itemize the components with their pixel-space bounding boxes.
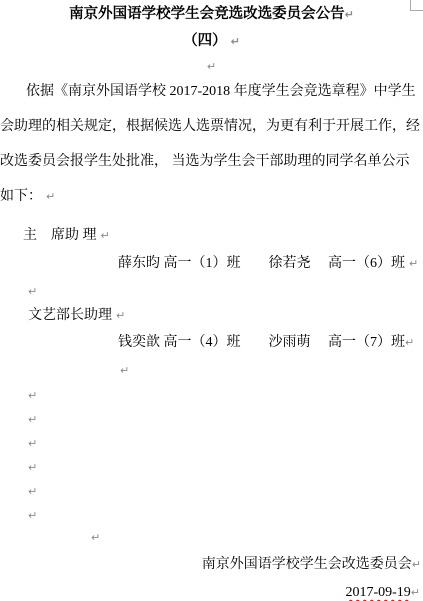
paragraph-mark: ↵ <box>101 229 110 242</box>
paragraph-mark: ↵ <box>412 558 421 571</box>
paragraph-mark: ↵ <box>28 437 37 450</box>
section-members-arts-minister-assistant: 钱奕歆 高一（4）班 沙雨萌 高一（7）班↵ <box>118 333 414 353</box>
signature-organization: 南京外国语学校学生会改选委员会↵ <box>0 555 421 575</box>
empty-paragraph: ↵ <box>28 458 37 478</box>
document-title: 南京外国语学校学生会竞选改选委员会公告↵ <box>0 4 423 24</box>
empty-paragraph: ↵ <box>120 361 129 381</box>
paragraph-mark: ↵ <box>231 35 240 48</box>
document-page: 南京外国语学校学生会竞选改选委员会公告↵ （四）↵ ↵ 依据《南京外国语学校 2… <box>0 0 423 601</box>
empty-paragraph: ↵ <box>28 434 37 454</box>
paragraph-mark: ↵ <box>345 8 354 21</box>
section-heading-text: 文艺部长助理 <box>28 308 112 323</box>
document-subtitle: （四）↵ <box>0 31 423 51</box>
body-line-1: 依据《南京外国语学校 2017-2018 年度学生会竞选章程》中学生 <box>26 82 416 102</box>
subtitle-text: （四） <box>183 33 227 49</box>
paragraph-mark: ↵ <box>91 531 100 544</box>
paragraph-mark: ↵ <box>411 586 420 599</box>
signature-date-text: 2017-09-19 <box>345 585 410 600</box>
empty-paragraph: ↵ <box>91 528 100 548</box>
paragraph-mark: ↵ <box>28 285 37 298</box>
paragraph-mark: ↵ <box>28 509 37 522</box>
body-line-3: 改选委员会报学生处批准， 当选为学生会干部助理的同学名单公示 <box>0 152 410 172</box>
section-members-president-assistant: 薛东昀 高一（1）班 徐若尧 高一（6）班↵ <box>118 254 418 274</box>
body-line-2: 会助理的相关规定，根据候选人选票情况，为更有利于开展工作，经 <box>0 117 420 137</box>
title-text: 南京外国语学校学生会竞选改选委员会公告 <box>69 6 345 22</box>
paragraph-mark: ↵ <box>46 190 55 203</box>
member-names-text: 薛东昀 高一（1）班 徐若尧 高一（6）班 <box>118 256 405 271</box>
paragraph-mark: ↵ <box>405 336 414 349</box>
body-line-4-text: 如下： <box>0 189 42 204</box>
signature-date: 2017-09-19↵ <box>0 583 420 601</box>
member-names-text: 钱奕歆 高一（4）班 沙雨萌 高一（7）班 <box>118 335 405 350</box>
section-heading-text: 主 席助 理 <box>23 228 97 243</box>
section-heading-arts-minister-assistant: 文艺部长助理↵ <box>28 306 125 326</box>
body-line-4: 如下：↵ <box>0 187 55 207</box>
empty-paragraph: ↵ <box>0 57 423 77</box>
paragraph-mark: ↵ <box>409 257 418 270</box>
paragraph-mark: ↵ <box>28 461 37 474</box>
empty-paragraph: ↵ <box>28 482 37 502</box>
section-heading-president-assistant: 主 席助 理↵ <box>23 226 110 246</box>
paragraph-mark: ↵ <box>28 413 37 426</box>
paragraph-mark: ↵ <box>28 485 37 498</box>
paragraph-mark: ↵ <box>120 364 129 377</box>
empty-paragraph: ↵ <box>28 410 37 430</box>
paragraph-mark: ↵ <box>116 309 125 322</box>
empty-paragraph: ↵ <box>28 506 37 526</box>
empty-paragraph: ↵ <box>28 282 37 302</box>
empty-paragraph: ↵ <box>28 386 37 406</box>
paragraph-mark: ↵ <box>28 389 37 402</box>
signature-organization-text: 南京外国语学校学生会改选委员会 <box>202 557 412 572</box>
paragraph-mark: ↵ <box>207 60 216 73</box>
